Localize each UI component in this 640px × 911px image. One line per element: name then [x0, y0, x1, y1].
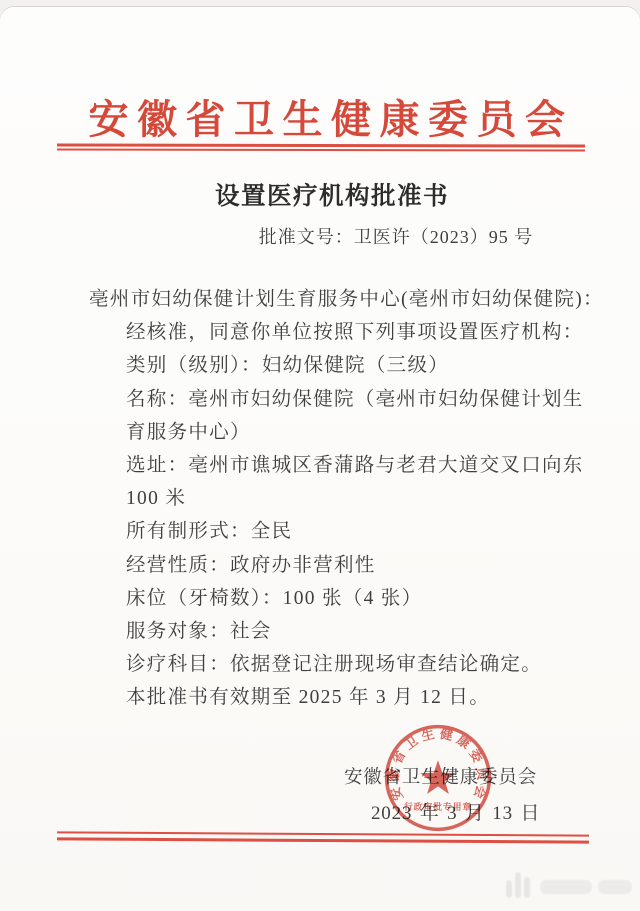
- document-title: 设置医疗机构批准书: [24, 177, 640, 212]
- body-line: 名称：亳州市妇幼保健院（亳州市妇幼保健计划生: [0, 383, 640, 416]
- body-line: 经营性质：政府办非营利性: [0, 549, 640, 582]
- document-body: 亳州市妇幼保健计划生育服务中心(亳州市妇幼保健院)： 经核准，同意你单位按照下列…: [0, 283, 640, 714]
- seal-star-icon: [420, 760, 455, 794]
- body-line: 所有制形式：全民: [0, 515, 640, 548]
- body-line: 床位（牙椅数）：100 张（4 张）: [0, 582, 640, 615]
- photo-watermark: [506, 868, 636, 908]
- watermark-bar-icon: [515, 872, 521, 898]
- body-line: 育服务中心）: [0, 416, 640, 449]
- body-line: 选址：亳州市谯城区香蒲路与老君大道交叉口向东: [0, 449, 640, 482]
- approval-number: 批准文号：卫医许（2023）95 号: [152, 223, 640, 249]
- watermark-text-blob: [540, 880, 592, 894]
- official-seal: 安徽省卫生健康委员会 行政审批专用章: [375, 716, 501, 840]
- document-photo: 安徽省卫生健康委员会 设置医疗机构批准书 批准文号：卫医许（2023）95 号 …: [0, 0, 640, 911]
- addressee-line: 亳州市妇幼保健计划生育服务中心(亳州市妇幼保健院)：: [0, 283, 640, 316]
- watermark-bar-icon: [506, 880, 512, 898]
- seal-bottom-text: 行政审批专用章: [404, 801, 472, 812]
- watermark-bar-icon: [524, 877, 530, 898]
- body-line: 服务对象：社会: [0, 615, 640, 648]
- red-separator-top: [57, 143, 585, 151]
- body-line: 100 米: [0, 482, 640, 515]
- body-line: 经核准，同意你单位按照下列事项设置医疗机构：: [0, 316, 640, 349]
- letterhead-org-name: 安徽省卫生健康委员会: [22, 88, 640, 145]
- body-line: 本批准书有效期至 2025 年 3 月 12 日。: [0, 681, 640, 714]
- watermark-text-blob: [598, 880, 632, 894]
- body-line: 类别（级别）：妇幼保健院（三级）: [0, 349, 640, 382]
- body-line: 诊疗科目：依据登记注册现场审查结论确定。: [0, 648, 640, 681]
